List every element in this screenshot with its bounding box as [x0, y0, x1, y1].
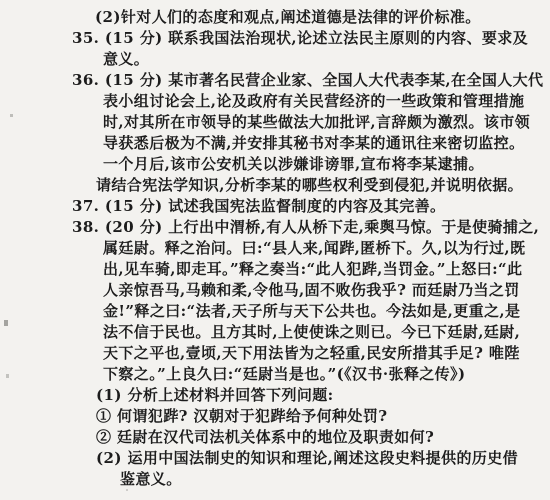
text-line: 37. (15 分) 试述我国宪法监督制度的内容及其完善。 — [0, 196, 550, 217]
document-lines: (2)针对人们的态度和观点,阐述道德是法律的评价标准。35. (15 分) 联系… — [0, 7, 550, 490]
text-line: 时,对其所在市领导的某些做法大加批评,言辞颇为激烈。该市领 — [0, 112, 550, 133]
text-line: (2) 运用中国法制史的知识和理论,阐述这段史料提供的历史借 — [0, 448, 550, 469]
scan-noise-speck — [4, 320, 8, 326]
text-line: 35. (15 分) 联系我国法治现状,论述立法民主原则的内容、要求及 — [0, 28, 550, 49]
text-line: ② 廷尉在汉代司法机关体系中的地位及职责如何? — [0, 427, 550, 448]
text-line: 一个月后,该市公安机关以涉嫌诽谤罪,宣布将李某逮捕。 — [0, 154, 550, 175]
scan-noise-speck — [10, 114, 13, 117]
text-line: 下察之。”上良久曰:“廷尉当是也。”(《汉书·张释之传》) — [0, 364, 550, 385]
scan-noise-speck — [126, 489, 128, 491]
text-line: 人亲惊吾马,马赖和柔,令他马,固不败伤我乎? 而廷尉乃当之罚 — [0, 280, 550, 301]
text-line: 法不信于民也。且方其时,上使使诛之则已。今已下廷尉,廷尉, — [0, 322, 550, 343]
text-line: 导获悉后极为不满,并安排其秘书对李某的通讯往来密切监控。 — [0, 133, 550, 154]
scanned-exam-page: (2)针对人们的态度和观点,阐述道德是法律的评价标准。35. (15 分) 联系… — [0, 0, 550, 500]
text-line: (1) 分析上述材料并回答下列问题: — [0, 385, 550, 406]
text-line: 意义。 — [0, 49, 550, 70]
text-line: 36. (15 分) 某市著名民营企业家、全国人大代表李某,在全国人大代 — [0, 70, 550, 91]
text-line: (2)针对人们的态度和观点,阐述道德是法律的评价标准。 — [0, 7, 550, 28]
text-line: 请结合宪法学知识,分析李某的哪些权利受到侵犯,并说明依据。 — [0, 175, 550, 196]
text-line: 出,见车骑,即走耳。”释之奏当:“此人犯跸,当罚金。”上怒曰:“此 — [0, 259, 550, 280]
text-line: 天下之平也,壹顷,天下用法皆为之轻重,民安所措其手足? 唯陛 — [0, 343, 550, 364]
text-line: ① 何谓犯跸? 汉朝对于犯跸给予何种处罚? — [0, 406, 550, 427]
text-line: 属廷尉。释之治问。曰:“县人来,闻跸,匿桥下。久,以为行过,既 — [0, 238, 550, 259]
text-line: 鉴意义。 — [0, 469, 550, 490]
text-line: 38. (20 分) 上行出中渭桥,有人从桥下走,乘舆马惊。于是使骑捕之, — [0, 217, 550, 238]
text-line: 金!”释之曰:“法者,天子所与天下公共也。今法如是,更重之,是 — [0, 301, 550, 322]
text-line: 表小组讨论会上,论及政府有关民营经济的一些政策和管理措施 — [0, 91, 550, 112]
scan-noise-speck — [6, 374, 9, 378]
